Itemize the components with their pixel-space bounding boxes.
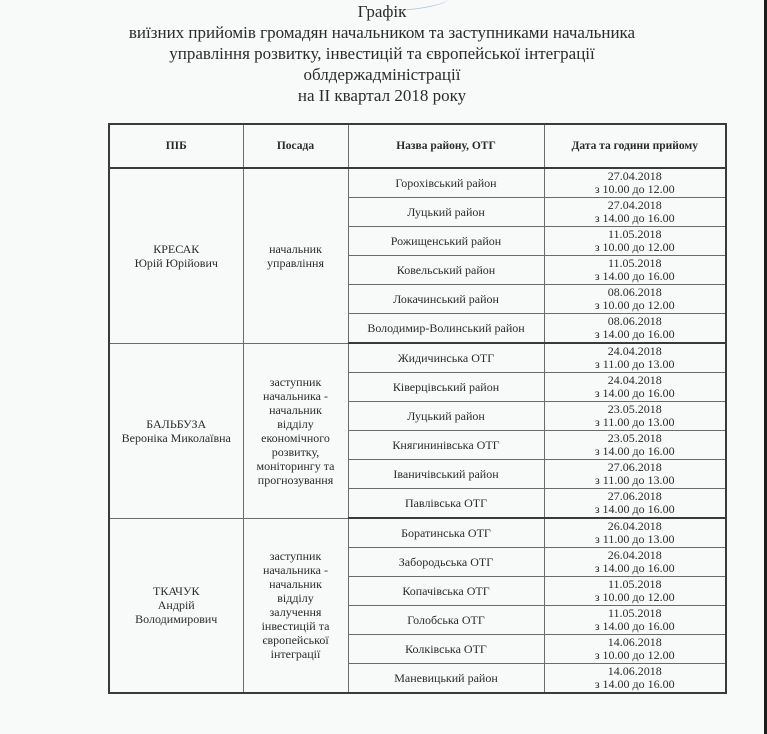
date-time-cell: 08.06.2018з 14.00 до 16.00 — [544, 314, 726, 344]
district-cell: Копачівська ОТГ — [348, 577, 544, 606]
date-time-cell: 14.06.2018з 10.00 до 12.00 — [544, 635, 726, 664]
visit-date: 11.05.2018 — [547, 257, 724, 271]
position-line: інвестицій та — [246, 619, 346, 633]
position-line: начальника - — [246, 389, 346, 403]
person-name-line: Володимирович — [112, 612, 241, 626]
district-cell: Володимир-Волинський район — [348, 314, 544, 344]
person-name: БАЛЬБУЗАВероніка Миколаївна — [109, 343, 243, 518]
visit-time: з 14.00 до 16.00 — [547, 678, 724, 692]
schedule-table: ПІБ Посада Назва району, ОТГ Дата та год… — [108, 123, 727, 694]
title-line: управління розвитку, інвестицій та європ… — [0, 43, 764, 64]
header-position: Посада — [243, 124, 348, 168]
district-cell: Луцький район — [348, 198, 544, 227]
visit-date: 27.04.2018 — [547, 199, 724, 213]
position-line: європейської — [246, 633, 346, 647]
visit-time: з 10.00 до 12.00 — [547, 183, 724, 197]
person-name-line: Юрій Юрійович — [112, 256, 241, 270]
visit-time: з 14.00 до 16.00 — [547, 212, 724, 226]
title-line: на ІІ квартал 2018 року — [0, 85, 764, 106]
visit-date: 24.04.2018 — [547, 345, 724, 359]
person-name-line: КРЕСАК — [112, 242, 241, 256]
date-time-cell: 24.04.2018з 11.00 до 13.00 — [544, 343, 726, 373]
district-cell: Колківська ОТГ — [348, 635, 544, 664]
visit-date: 08.06.2018 — [547, 315, 724, 329]
visit-time: з 14.00 до 16.00 — [547, 270, 724, 284]
visit-time: з 14.00 до 16.00 — [547, 387, 724, 401]
visit-date: 27.06.2018 — [547, 461, 724, 475]
visit-date: 27.04.2018 — [547, 170, 724, 184]
visit-date: 27.06.2018 — [547, 490, 724, 504]
visit-time: з 10.00 до 12.00 — [547, 299, 724, 313]
district-cell: Боратинська ОТГ — [348, 518, 544, 548]
position-line: управління — [246, 256, 346, 270]
header-district: Назва району, ОТГ — [348, 124, 544, 168]
position-line: відділу — [246, 417, 346, 431]
visit-date: 23.05.2018 — [547, 403, 724, 417]
title-line: виїзних прийомів громадян начальником та… — [0, 22, 764, 43]
position-line: начальника - — [246, 563, 346, 577]
visit-time: з 14.00 до 16.00 — [547, 562, 724, 576]
header-date-time: Дата та години прийому — [544, 124, 726, 168]
date-time-cell: 23.05.2018з 14.00 до 16.00 — [544, 431, 726, 460]
district-cell: Павлівська ОТГ — [348, 489, 544, 519]
district-cell: Рожищенський район — [348, 227, 544, 256]
position-line: розвитку, — [246, 445, 346, 459]
district-cell: Маневицький район — [348, 664, 544, 694]
visit-date: 23.05.2018 — [547, 432, 724, 446]
visit-date: 26.04.2018 — [547, 520, 724, 534]
position-line: начальник — [246, 577, 346, 591]
visit-date: 14.06.2018 — [547, 665, 724, 679]
position-line: моніторингу та — [246, 459, 346, 473]
person-name-line: Вероніка Миколаївна — [112, 431, 241, 445]
person-position: заступникначальника -начальниквідділуеко… — [243, 343, 348, 518]
district-cell: Горохівський район — [348, 168, 544, 198]
position-line: інтеграції — [246, 647, 346, 661]
date-time-cell: 11.05.2018з 10.00 до 12.00 — [544, 577, 726, 606]
table-header-row: ПІБ Посада Назва району, ОТГ Дата та год… — [109, 124, 726, 168]
visit-date: 11.05.2018 — [547, 578, 724, 592]
district-cell: Іваничівський район — [348, 460, 544, 489]
district-cell: Забородьська ОТГ — [348, 548, 544, 577]
visit-time: з 14.00 до 16.00 — [547, 328, 724, 342]
date-time-cell: 14.06.2018з 14.00 до 16.00 — [544, 664, 726, 694]
person-position: заступникначальника -начальниквідділузал… — [243, 518, 348, 693]
district-cell: Жидичинська ОТГ — [348, 343, 544, 373]
date-time-cell: 11.05.2018з 14.00 до 16.00 — [544, 606, 726, 635]
position-line: заступник — [246, 375, 346, 389]
date-time-cell: 27.04.2018з 10.00 до 12.00 — [544, 168, 726, 198]
district-cell: Княгининівська ОТГ — [348, 431, 544, 460]
person-name-line: БАЛЬБУЗА — [112, 417, 241, 431]
district-cell: Голобська ОТГ — [348, 606, 544, 635]
date-time-cell: 27.06.2018з 14.00 до 16.00 — [544, 489, 726, 519]
visit-date: 14.06.2018 — [547, 636, 724, 650]
visit-date: 24.04.2018 — [547, 374, 724, 388]
visit-date: 08.06.2018 — [547, 286, 724, 300]
table-row: КРЕСАКЮрій ЮрійовичначальникуправлінняГо… — [109, 168, 726, 198]
visit-time: з 11.00 до 13.00 — [547, 416, 724, 430]
visit-time: з 11.00 до 13.00 — [547, 358, 724, 372]
date-time-cell: 11.05.2018з 10.00 до 12.00 — [544, 227, 726, 256]
position-line: відділу — [246, 591, 346, 605]
district-cell: Ківерцівський район — [348, 373, 544, 402]
visit-time: з 11.00 до 13.00 — [547, 474, 724, 488]
table-body: КРЕСАКЮрій ЮрійовичначальникуправлінняГо… — [109, 168, 726, 693]
visit-time: з 14.00 до 16.00 — [547, 503, 724, 517]
date-time-cell: 26.04.2018з 14.00 до 16.00 — [544, 548, 726, 577]
visit-date: 11.05.2018 — [547, 228, 724, 242]
person-name: КРЕСАКЮрій Юрійович — [109, 168, 243, 343]
person-name: ТКАЧУКАндрійВолодимирович — [109, 518, 243, 693]
visit-time: з 10.00 до 12.00 — [547, 649, 724, 663]
visit-time: з 14.00 до 16.00 — [547, 445, 724, 459]
table-row: БАЛЬБУЗАВероніка Миколаївназаступникнача… — [109, 343, 726, 373]
date-time-cell: 27.04.2018з 14.00 до 16.00 — [544, 198, 726, 227]
position-line: начальник — [246, 242, 346, 256]
position-line: начальник — [246, 403, 346, 417]
date-time-cell: 08.06.2018з 10.00 до 12.00 — [544, 285, 726, 314]
date-time-cell: 26.04.2018з 11.00 до 13.00 — [544, 518, 726, 548]
visit-time: з 14.00 до 16.00 — [547, 620, 724, 634]
document-page: Графік виїзних прийомів громадян начальн… — [0, 0, 764, 734]
date-time-cell: 23.05.2018з 11.00 до 13.00 — [544, 402, 726, 431]
document-title: Графік виїзних прийомів громадян начальн… — [0, 1, 764, 106]
date-time-cell: 27.06.2018з 11.00 до 13.00 — [544, 460, 726, 489]
visit-date: 26.04.2018 — [547, 549, 724, 563]
position-line: залучення — [246, 605, 346, 619]
district-cell: Ковельський район — [348, 256, 544, 285]
person-position: начальникуправління — [243, 168, 348, 343]
visit-time: з 10.00 до 12.00 — [547, 241, 724, 255]
title-line: облдержадміністрації — [0, 64, 764, 85]
person-name-line: Андрій — [112, 598, 241, 612]
position-line: економічного — [246, 431, 346, 445]
district-cell: Локачинський район — [348, 285, 544, 314]
position-line: прогнозування — [246, 473, 346, 487]
visit-date: 11.05.2018 — [547, 607, 724, 621]
district-cell: Луцький район — [348, 402, 544, 431]
title-heading: Графік — [0, 1, 764, 22]
header-name: ПІБ — [109, 124, 243, 168]
visit-time: з 10.00 до 12.00 — [547, 591, 724, 605]
table-row: ТКАЧУКАндрійВолодимировичзаступникначаль… — [109, 518, 726, 548]
date-time-cell: 11.05.2018з 14.00 до 16.00 — [544, 256, 726, 285]
visit-time: з 11.00 до 13.00 — [547, 533, 724, 547]
person-name-line: ТКАЧУК — [112, 584, 241, 598]
date-time-cell: 24.04.2018з 14.00 до 16.00 — [544, 373, 726, 402]
position-line: заступник — [246, 549, 346, 563]
